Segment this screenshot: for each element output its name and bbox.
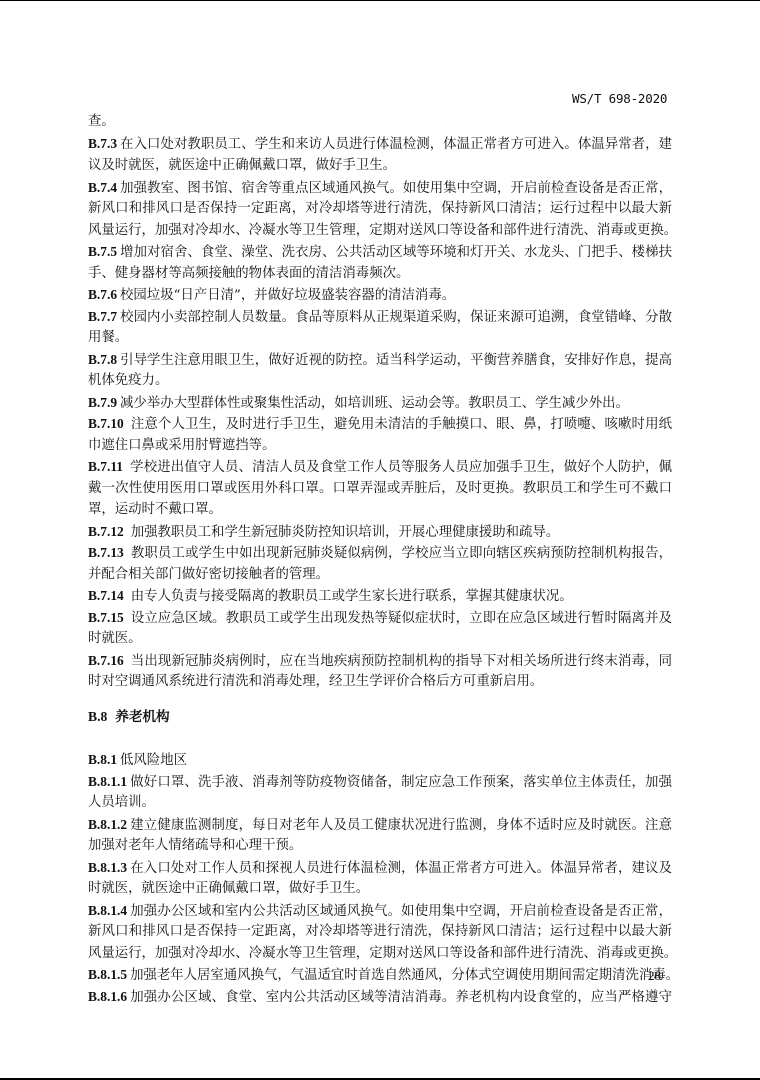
clause-line: B.7.7校园内小卖部控制人员数量。食品等原料从正规渠道采购，保证来源可追溯，食…: [88, 308, 672, 326]
clause-text: 机体免疫力。: [88, 373, 168, 388]
clause-text: 校园内小卖部控制人员数量。食品等原料从正规渠道采购，保证来源可追溯，食堂错峰、分…: [120, 310, 672, 325]
continuation-line: 人员培训。: [88, 794, 672, 812]
clause-line: B.7.16当出现新冠肺炎病例时，应在当地疾病预防控制机构的指导下对相关场所进行…: [88, 652, 672, 670]
clause-number: B.7.16: [88, 653, 124, 668]
clause-line: B.8.1.1做好口罩、洗手液、消毒剂等防疫物资储备，制定应急工作预案，落实单位…: [88, 773, 672, 791]
clause-text: 学校进出值守人员、清洁人员及食堂工作人员等服务人员应加强手卫生，做好个人防护，佩: [130, 460, 672, 475]
clause-text: 查。: [88, 114, 115, 129]
clause-number: B.7.5: [88, 244, 117, 259]
clause-text: 手、健身器材等高频接触的物体表面的清洁消毒频次。: [88, 266, 409, 281]
clause-line: B.7.15设立应急区域。教职员工或学生出现发热等疑似症状时，立即在应急区域进行…: [88, 609, 672, 627]
clause-text: 设立应急区域。教职员工或学生出现发热等疑似症状时，立即在应急区域进行暂时隔离并及: [131, 611, 672, 626]
subsection-title: 低风险地区: [120, 753, 187, 768]
clause-text: 用餐。: [88, 330, 128, 345]
clause-line: B.8.1.2建立健康监测制度，每日对老年人及员工健康状况进行监测，身体不适时应…: [88, 816, 672, 834]
clause-line: B.7.6校园垃圾“日产日清”，并做好垃圾盛装容器的清洁消毒。: [88, 286, 672, 304]
clause-text: 戴一次性使用医用口罩或医用外科口罩。口罩弄湿或弄脏后，及时更换。教职员工和学生可…: [88, 481, 672, 496]
clause-text: 校园垃圾“日产日清”，并做好垃圾盛装容器的清洁消毒。: [120, 288, 455, 303]
clause-text: 在入口处对工作人员和探视人员进行体温检测，体温正常者方可进入。体温异常者，建议及: [130, 861, 672, 876]
clause-text: 当出现新冠肺炎病例时，应在当地疾病预防控制机构的指导下对相关场所进行终末消毒，同: [131, 654, 672, 669]
clause-number: B.7.14: [88, 588, 124, 603]
clause-number: B.7.12: [88, 524, 124, 539]
clause-line: B.7.8引导学生注意用眼卫生，做好近视的防控。适当科学运动，平衡营养膳食，安排…: [88, 351, 672, 369]
continuation-line: 议及时就医，就医途中正确佩戴口罩，做好手卫生。: [88, 157, 672, 175]
section-heading-b8: B.8养老机构: [88, 708, 170, 726]
clause-line: B.8.1.5加强老年人居室通风换气，气温适宜时首选自然通风，分体式空调使用期间…: [88, 966, 672, 984]
clause-number: B.7.11: [88, 459, 123, 474]
clause-number: B.8.1.3: [88, 860, 127, 875]
clause-text: 议及时就医，就医途中正确佩戴口罩，做好手卫生。: [88, 158, 396, 173]
clause-text: 加强老年人居室通风换气，气温适宜时首选自然通风，分体式空调使用期间需定期清洗消毒…: [130, 968, 679, 983]
clause-text: 时就医，就医途中正确佩戴口罩，做好手卫生。: [88, 881, 369, 896]
continuation-line: 新风口和排风口是否保持一定距离，对冷却塔等进行清洗，保持新风口清洁；运行过程中以…: [88, 200, 672, 218]
clause-line: B.7.14由专人负责与接受隔离的教职员工或学生家长进行联系，掌握其健康状况。: [88, 587, 672, 605]
continuation-line: 时就医。: [88, 630, 672, 648]
subsection-number: B.8.1: [88, 752, 117, 767]
clause-number: B.8.1.1: [88, 774, 127, 789]
continuation-line: 加强对老年人情绪疏导和心理干预。: [88, 837, 672, 855]
page-number: 28: [648, 968, 661, 984]
clause-line: B.7.9减少举办大型群体性或聚集性活动，如培训班、运动会等。教职员工、学生减少…: [88, 394, 672, 412]
continuation-line: 罩，运动时不戴口罩。: [88, 501, 672, 519]
clause-text: 加强对老年人情绪疏导和心理干预。: [88, 838, 302, 853]
clause-text: 在入口处对教职员工、学生和来访人员进行体温检测，体温正常者方可进入。体温异常者，…: [120, 137, 672, 152]
clause-text: 风量运行，加强对冷却水、冷凝水等卫生管理，定期对送风口等设备和部件进行清洗、消毒…: [88, 946, 677, 961]
clause-text: 加强教室、图书馆、宿舍等重点区域通风换气。如使用集中空调，开启前检查设备是否正常…: [120, 181, 672, 196]
clause-text: 时对空调通风系统进行清洗和消毒处理，经卫生学评价合格后方可重新启用。: [88, 674, 543, 689]
clause-text: 加强办公区域和室内公共活动区域通风换气。如使用集中空调，开启前检查设备是否正常，: [130, 904, 672, 919]
subsection-heading-b8-1: B.8.1低风险地区: [88, 751, 187, 770]
clause-number: B.7.13: [88, 545, 124, 560]
continuation-line: 机体免疫力。: [88, 372, 672, 390]
clause-text: 并配合相关部门做好密切接触者的管理。: [88, 567, 329, 582]
clause-number: B.8.1.5: [88, 967, 127, 982]
clause-text: 新风口和排风口是否保持一定距离，对冷却塔等进行清洗，保持新风口清洁；运行过程中以…: [88, 924, 672, 939]
clause-text: 加强教职员工和学生新冠肺炎防控知识培训，开展心理健康援助和疏导。: [131, 525, 560, 540]
clause-text: 新风口和排风口是否保持一定距离，对冷却塔等进行清洗，保持新风口清洁；运行过程中以…: [88, 201, 672, 216]
clause-line: B.8.1.4加强办公区域和室内公共活动区域通风换气。如使用集中空调，开启前检查…: [88, 902, 672, 920]
clause-text: 加强办公区域、食堂、室内公共活动区域等清洁消毒。养老机构内设食堂的，应当严格遵守: [130, 990, 672, 1005]
clause-line: B.7.10注意个人卫生，及时进行手卫生，避免用未清洁的手触摸口、眼、鼻，打喷嚏…: [88, 415, 672, 433]
clause-text: 人员培训。: [88, 795, 155, 810]
clause-text: 由专人负责与接受隔离的教职员工或学生家长进行联系，掌握其健康状况。: [131, 589, 573, 604]
clause-number: B.8.1.6: [88, 989, 127, 1004]
clause-text: 风量运行，加强对冷却水、冷凝水等卫生管理，定期对送风口等设备和部件进行清洗、消毒…: [88, 223, 677, 238]
clause-text: 注意个人卫生，及时进行手卫生，避免用未清洁的手触摸口、眼、鼻，打喷嚏、咳嗽时用纸: [131, 417, 672, 432]
clause-line: B.7.5增加对宿舍、食堂、澡堂、洗衣房、公共活动区域等环境和灯开关、水龙头、门…: [88, 243, 672, 261]
continuation-line: 查。: [88, 113, 672, 131]
clause-line: B.7.3在入口处对教职员工、学生和来访人员进行体温检测，体温正常者方可进入。体…: [88, 135, 672, 153]
clause-text: 引导学生注意用眼卫生，做好近视的防控。适当科学运动，平衡营养膳食，安排好作息，提…: [120, 353, 672, 368]
clause-text: 罩，运动时不戴口罩。: [88, 502, 222, 517]
clause-number: B.7.4: [88, 180, 117, 195]
page-top-border: [0, 0, 760, 1]
continuation-line: 新风口和排风口是否保持一定距离，对冷却塔等进行清洗，保持新风口清洁；运行过程中以…: [88, 923, 672, 941]
clause-number: B.7.7: [88, 309, 117, 324]
standard-code-header: WS/T 698-2020: [572, 91, 667, 106]
clause-number: B.7.8: [88, 352, 117, 367]
clause-line: B.7.13教职员工或学生中如出现新冠肺炎疑似病例，学校应当立即向辖区疾病预防控…: [88, 544, 672, 562]
clause-text: 巾遮住口鼻或采用肘臂遮挡等。: [88, 438, 275, 453]
continuation-line: 用餐。: [88, 329, 672, 347]
clause-text: 增加对宿舍、食堂、澡堂、洗衣房、公共活动区域等环境和灯开关、水龙头、门把手、楼梯…: [120, 245, 672, 260]
continuation-line: 时对空调通风系统进行清洗和消毒处理，经卫生学评价合格后方可重新启用。: [88, 673, 672, 691]
clause-text: 时就医。: [88, 631, 142, 646]
section-number: B.8: [88, 709, 107, 724]
clause-number: B.7.9: [88, 395, 117, 410]
clause-line: B.8.1.6加强办公区域、食堂、室内公共活动区域等清洁消毒。养老机构内设食堂的…: [88, 988, 672, 1006]
continuation-line: 手、健身器材等高频接触的物体表面的清洁消毒频次。: [88, 265, 672, 283]
clause-text: 减少举办大型群体性或聚集性活动，如培训班、运动会等。教职员工、学生减少外出。: [120, 396, 629, 411]
clause-line: B.8.1.3在入口处对工作人员和探视人员进行体温检测，体温正常者方可进入。体温…: [88, 859, 672, 877]
clause-number: B.8.1.2: [88, 817, 127, 832]
clause-line: B.7.11学校进出值守人员、清洁人员及食堂工作人员等服务人员应加强手卫生，做好…: [88, 458, 672, 476]
clause-line: B.7.4加强教室、图书馆、宿舍等重点区域通风换气。如使用集中空调，开启前检查设…: [88, 179, 672, 197]
clause-number: B.7.15: [88, 610, 124, 625]
continuation-line: 风量运行，加强对冷却水、冷凝水等卫生管理，定期对送风口等设备和部件进行清洗、消毒…: [88, 222, 672, 240]
clause-number: B.7.10: [88, 416, 124, 431]
clause-number: B.7.3: [88, 136, 117, 151]
continuation-line: 时就医，就医途中正确佩戴口罩，做好手卫生。: [88, 880, 672, 898]
continuation-line: 风量运行，加强对冷却水、冷凝水等卫生管理，定期对送风口等设备和部件进行清洗、消毒…: [88, 945, 672, 963]
continuation-line: 巾遮住口鼻或采用肘臂遮挡等。: [88, 437, 672, 455]
section-title: 养老机构: [115, 709, 169, 725]
clause-line: B.7.12加强教职员工和学生新冠肺炎防控知识培训，开展心理健康援助和疏导。: [88, 523, 672, 541]
clause-text: 建立健康监测制度，每日对老年人及员工健康状况进行监测，身体不适时应及时就医。注意: [130, 818, 672, 833]
clause-text: 做好口罩、洗手液、消毒剂等防疫物资储备，制定应急工作预案，落实单位主体责任，加强: [130, 775, 672, 790]
clause-text: 教职员工或学生中如出现新冠肺炎疑似病例，学校应当立即向辖区疾病预防控制机构报告，: [131, 546, 672, 561]
continuation-line: 并配合相关部门做好密切接触者的管理。: [88, 566, 672, 584]
clause-number: B.7.6: [88, 287, 117, 302]
clause-number: B.8.1.4: [88, 903, 127, 918]
continuation-line: 戴一次性使用医用口罩或医用外科口罩。口罩弄湿或弄脏后，及时更换。教职员工和学生可…: [88, 480, 672, 498]
